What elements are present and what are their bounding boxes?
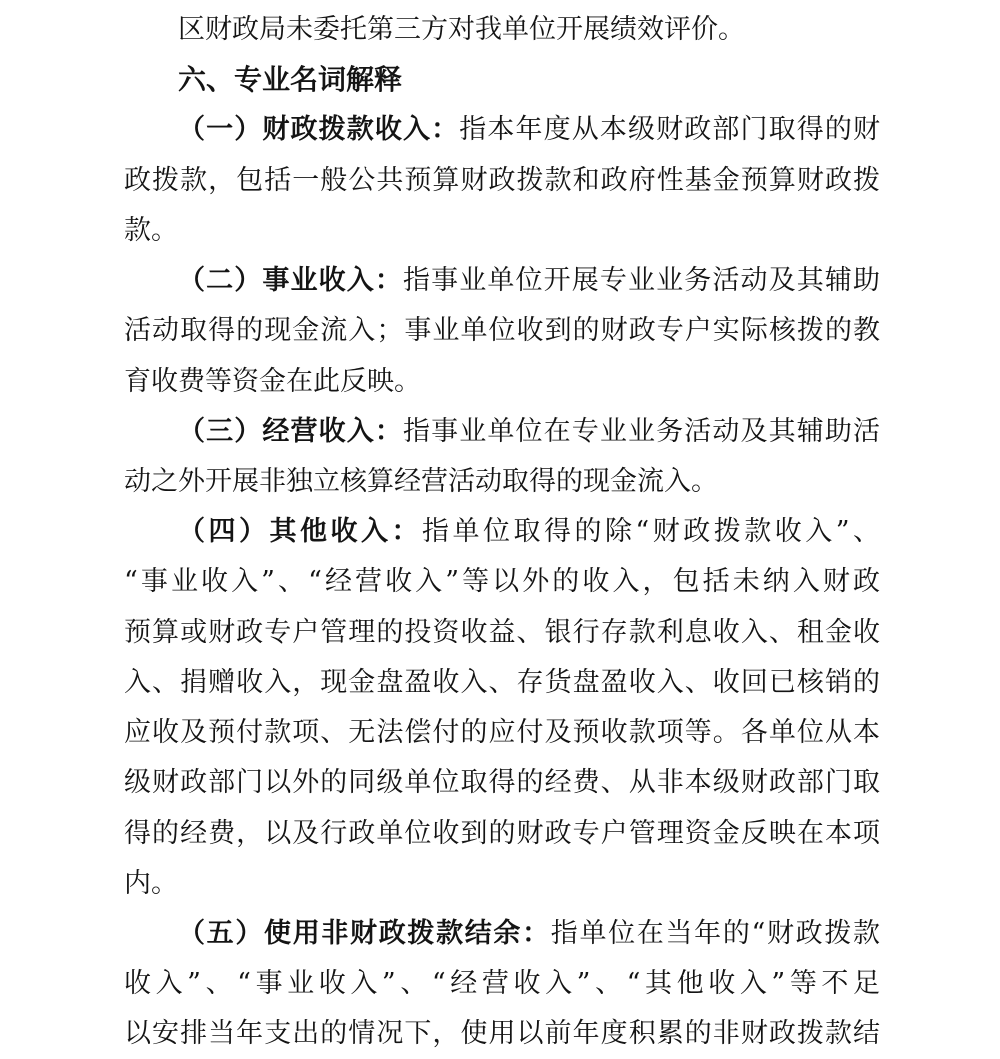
doc-line: （一）财政拨款收入：指本年度从本级财政部门取得的财 [124,113,880,147]
doc-line: 预算或财政专户管理的投资收益、银行存款利息收入、租金收 [124,616,880,650]
doc-line: （五）使用非财政拨款结余：指单位在当年的“财政拨款 [124,917,880,951]
line-text: 活动取得的现金流入；事业单位收到的财政专户实际核拨的教 [124,315,880,346]
doc-line: 动之外开展非独立核算经营活动取得的现金流入。 [124,465,880,499]
line-text: 级财政部门以外的同级单位取得的经费、从非本级财政部门取 [124,767,880,798]
doc-line: 活动取得的现金流入；事业单位收到的财政专户实际核拨的教 [124,314,880,348]
doc-line: 区财政局未委托第三方对我单位开展绩效评价。 [124,13,880,47]
line-text: 入、捐赠收入，现金盘盈收入、存货盘盈收入、收回已核销的 [124,667,880,698]
line-text: 内。 [124,868,178,899]
doc-line: 政拨款，包括一般公共预算财政拨款和政府性基金预算财政拨 [124,164,880,198]
doc-line: “事业收入”、“经营收入”等以外的收入，包括未纳入财政 [124,565,880,599]
doc-line: 育收费等资金在此反映。 [124,365,880,399]
doc-line: 收入”、“事业收入”、“经营收入”、“其他收入”等不足 [124,967,880,1001]
line-text: 以安排当年支出的情况下，使用以前年度积累的非财政拨款结 [124,1018,880,1049]
line-text: 指单位在当年的“财政拨款 [551,918,880,949]
term-label: （五）使用非财政拨款结余： [178,918,551,949]
line-text: 政拨款，包括一般公共预算财政拨款和政府性基金预算财政拨 [124,165,880,196]
doc-line: 应收及预付款项、无法偿付的应付及预收款项等。各单位从本 [124,716,880,750]
line-text: “事业收入”、“经营收入”等以外的收入，包括未纳入财政 [124,566,880,597]
line-text: 动之外开展非独立核算经营活动取得的现金流入。 [124,466,718,497]
line-text: 指事业单位开展专业业务活动及其辅助 [403,265,880,296]
doc-line: 得的经费，以及行政单位收到的财政专户管理资金反映在本项 [124,817,880,851]
line-text: 应收及预付款项、无法偿付的应付及预收款项等。各单位从本 [124,717,880,748]
line-text: 指本年度从本级财政部门取得的财 [459,114,880,145]
line-text: 区财政局未委托第三方对我单位开展绩效评价。 [178,14,745,45]
doc-line: （三）经营收入：指事业单位在专业业务活动及其辅助活 [124,415,880,449]
doc-line: （四）其他收入：指单位取得的除“财政拨款收入”、 [124,515,880,549]
term-label: （四）其他收入： [178,516,422,547]
line-text: 得的经费，以及行政单位收到的财政专户管理资金反映在本项 [124,818,880,849]
line-text: 收入”、“事业收入”、“经营收入”、“其他收入”等不足 [124,968,880,999]
line-text: 预算或财政专户管理的投资收益、银行存款利息收入、租金收 [124,617,880,648]
line-text: 育收费等资金在此反映。 [124,366,421,397]
doc-line: 入、捐赠收入，现金盘盈收入、存货盘盈收入、收回已核销的 [124,666,880,700]
section-heading: 六、专业名词解释 [124,63,880,97]
term-label: （一）财政拨款收入： [178,114,459,145]
term-label: （三）经营收入： [178,416,403,447]
doc-line: （二）事业收入：指事业单位开展专业业务活动及其辅助 [124,264,880,298]
doc-line: 以安排当年支出的情况下，使用以前年度积累的非财政拨款结 [124,1017,880,1051]
term-label: （二）事业收入： [178,265,403,296]
doc-line: 级财政部门以外的同级单位取得的经费、从非本级财政部门取 [124,766,880,800]
line-text: 款。 [124,215,178,246]
line-text: 指单位取得的除“财政拨款收入”、 [422,516,880,547]
document-page: 区财政局未委托第三方对我单位开展绩效评价。 六、专业名词解释 （一）财政拨款收入… [0,0,1000,1059]
doc-line: 内。 [124,867,880,901]
heading-text: 六、专业名词解释 [178,63,402,96]
doc-line: 款。 [124,214,880,248]
line-text: 指事业单位在专业业务活动及其辅助活 [403,416,880,447]
